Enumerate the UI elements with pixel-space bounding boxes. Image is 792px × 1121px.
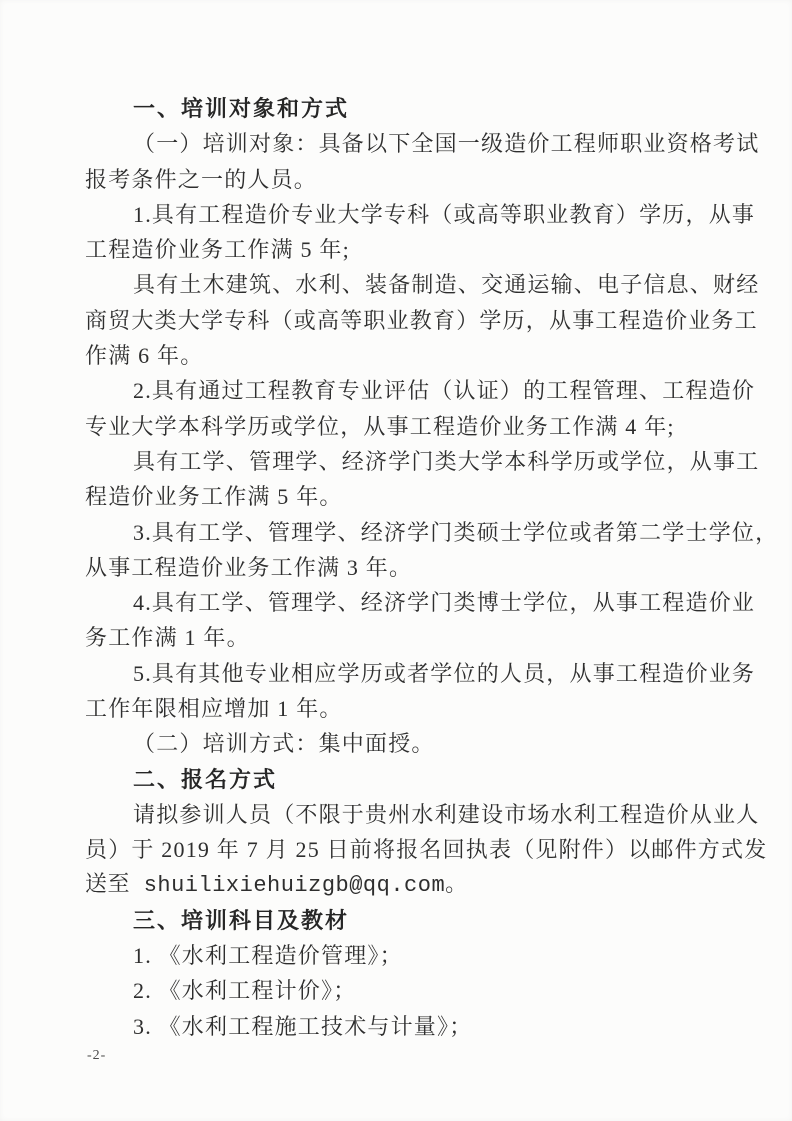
page-number: -2-	[87, 1048, 106, 1064]
text-line: 3.具有工学、管理学、经济学门类硕士学位或者第二学士学位，	[85, 515, 725, 550]
text-line: 2.具有通过工程教育专业评估（认证）的工程管理、工程造价	[85, 373, 725, 408]
section-heading-3: 三、培训科目及教材	[85, 903, 725, 938]
document-page: 一、培训对象和方式（一）培训对象：具备以下全国一级造价工程师职业资格考试报考条件…	[0, 0, 792, 1121]
text-line: 报考条件之一的人员。	[85, 162, 725, 197]
text-line: 4.具有工学、管理学、经济学门类博士学位，从事工程造价业	[85, 585, 725, 620]
text-line: 从事工程造价业务工作满 3 年。	[85, 550, 725, 585]
section-heading-1: 一、培训对象和方式	[85, 91, 725, 126]
text-line: 具有土木建筑、水利、装备制造、交通运输、电子信息、财经	[85, 267, 725, 302]
section-heading-2: 二、报名方式	[85, 762, 725, 797]
text-line-email: 送至 shuilixiehuizgb@qq.com。	[85, 868, 725, 903]
text-line: 工作年限相应增加 1 年。	[85, 691, 725, 726]
text-line: （二）培训方式：集中面授。	[85, 726, 725, 761]
document-body: 一、培训对象和方式（一）培训对象：具备以下全国一级造价工程师职业资格考试报考条件…	[85, 91, 725, 1044]
text-line: 具有工学、管理学、经济学门类大学本科学历或学位，从事工	[85, 444, 725, 479]
text-line: 员）于 2019 年 7 月 25 日前将报名回执表（见附件）以邮件方式发	[85, 832, 725, 867]
text-line: 5.具有其他专业相应学历或者学位的人员，从事工程造价业务	[85, 656, 725, 691]
text-line: 务工作满 1 年。	[85, 620, 725, 655]
list-item-textbook-1: 1. 《水利工程造价管理》；	[85, 938, 725, 973]
text-line: 作满 6 年。	[85, 338, 725, 373]
text-line: 1.具有工程造价专业大学专科（或高等职业教育）学历，从事	[85, 197, 725, 232]
text-line: 工程造价业务工作满 5 年;	[85, 232, 725, 267]
text-line: 请拟参训人员（不限于贵州水利建设市场水利工程造价从业人	[85, 797, 725, 832]
list-item-textbook-2: 2. 《水利工程计价》；	[85, 973, 725, 1008]
list-item-textbook-3: 3. 《水利工程施工技术与计量》；	[85, 1009, 725, 1044]
text-line: （一）培训对象：具备以下全国一级造价工程师职业资格考试	[85, 126, 725, 161]
text-line: 专业大学本科学历或学位，从事工程造价业务工作满 4 年;	[85, 409, 725, 444]
text-line: 商贸大类大学专科（或高等职业教育）学历，从事工程造价业务工	[85, 303, 725, 338]
text-line: 程造价业务工作满 5 年。	[85, 479, 725, 514]
